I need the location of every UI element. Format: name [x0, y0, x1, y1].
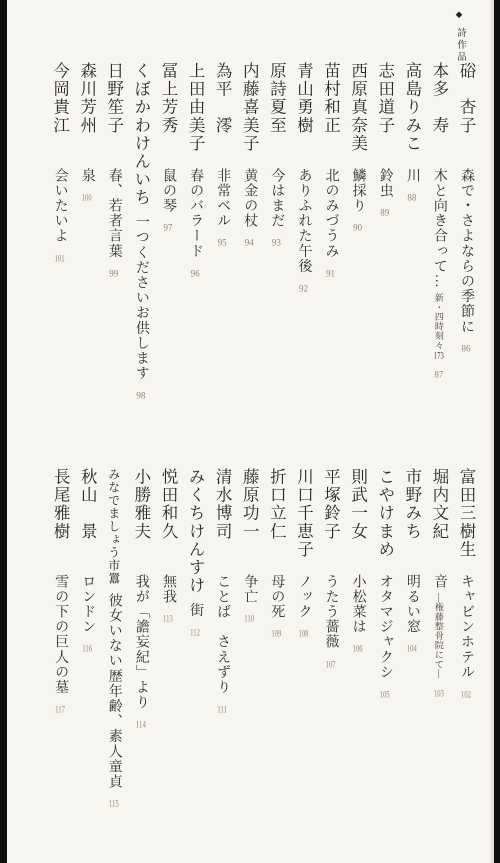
toc-entry: 藤原功一争亡110: [241, 468, 258, 820]
page-number: 105: [380, 690, 390, 699]
page-number: 108: [298, 629, 308, 638]
author-name: 森川芳州: [78, 62, 95, 160]
poem-subtitle: ―権藤整骨院にて―: [434, 593, 444, 679]
page-number: 107: [326, 660, 336, 669]
poem-title: 今はまだ: [269, 168, 284, 228]
author-name: 川口千恵子: [295, 468, 312, 566]
toc-entry: 悦田和久無我113: [159, 468, 176, 820]
poem-title: オタマジャクシ: [378, 574, 393, 680]
poem-title: うたう薔薇: [324, 574, 339, 650]
toc-section-poems-1: 硲 杏子森で・さよならの季節に86本多 寿木と向き合って…新・四時刻々17387…: [14, 62, 474, 410]
page-number: 98: [136, 391, 146, 400]
toc-entry: 内藤喜美子黄金の杖94: [241, 62, 258, 410]
book-toc-page: ◆詩作品 硲 杏子森で・さよならの季節に86本多 寿木と向き合って…新・四時刻々…: [0, 0, 500, 863]
author-name: 本多 寿: [430, 62, 447, 160]
author-name: 西原真奈美: [349, 62, 366, 160]
poem-title: 我が「譫妄紀」より: [134, 574, 149, 710]
page-number: 86: [461, 344, 471, 353]
page-number: 106: [353, 644, 363, 653]
page-number: 113: [163, 614, 173, 623]
toc-entry: 折口立仁母の死109: [268, 468, 285, 820]
toc-section-poems-2: 富田三樹生キャビンホテル102堀内文紀音―権藤整骨院にて―103市野みち明るい窓…: [14, 468, 474, 820]
poem-subtitle: 新・四時刻々: [434, 293, 444, 350]
author-name: 悦田和久: [159, 468, 176, 566]
page-edge-right: [494, 0, 500, 863]
toc-entry: 原詩夏至今はまだ93: [268, 62, 285, 410]
author-name: 清水博司: [214, 468, 231, 566]
poem-title: 非常ベル: [215, 168, 230, 228]
toc-entry: 則武一女小松菜は106: [349, 468, 366, 820]
author-name: 硲 杏子: [458, 62, 475, 160]
toc-entry: 秋山 景ロンドン116: [79, 468, 96, 820]
toc-entry: くぼかわけんいち一つくださいお供します98: [132, 62, 149, 410]
author-name: みくちけんすけ: [187, 468, 204, 595]
page-number: 96: [190, 269, 200, 278]
section-header: ◆詩作品: [453, 10, 467, 64]
page-number: 117: [55, 705, 65, 714]
page-edge-shadow: [489, 0, 494, 863]
poem-title: 木と向き合って…: [432, 168, 447, 289]
toc-entry: 為平 澪非常ベル95: [214, 62, 231, 410]
toc-entry: 長尾雅樹雪の下の巨人の墓117: [52, 468, 69, 820]
poem-title: 彼女いない歴年齢、素人童貞: [107, 593, 122, 789]
poem-title: 鈴虫: [378, 168, 393, 198]
page-number: 90: [353, 223, 363, 232]
author-name: 小勝雅夫: [132, 468, 149, 566]
poem-title: キャビンホテル: [459, 574, 474, 680]
page-number: 101: [55, 254, 65, 263]
toc-entry: 富田三樹生キャビンホテル102: [458, 468, 475, 820]
author-name: 折口立仁: [268, 468, 285, 566]
toc-entry: 森川芳州泉100: [78, 62, 95, 410]
poem-title: 泉: [80, 168, 95, 183]
toc-entry: 志田道子鈴虫89: [376, 62, 393, 410]
page-number: 88: [407, 193, 417, 202]
poem-title: 無我: [161, 574, 176, 604]
poem-title: 一つくださいお供します: [134, 215, 149, 381]
poem-title: 母の死: [269, 574, 284, 619]
poem-title: ことば さえずり: [215, 574, 230, 695]
author-name: 苗村和正: [322, 62, 339, 160]
poem-title: ノック: [296, 574, 311, 619]
author-name: 平塚鈴子: [322, 468, 339, 566]
page-number: 92: [298, 284, 308, 293]
poem-title: 争亡: [242, 574, 257, 604]
page-number: 95: [217, 238, 227, 247]
toc-entry: 苗村和正北のみづうみ91: [322, 62, 339, 410]
author-name: くぼかわけんいち: [132, 62, 149, 207]
toc-entry: 清水博司ことば さえずり111: [214, 468, 231, 820]
toc-entry: 小勝雅夫我が「譫妄紀」より114: [132, 468, 149, 820]
toc-entry: 冨上芳秀鼠の琴97: [159, 62, 176, 410]
page-number: 114: [136, 720, 146, 729]
toc-entry: 上田由美子春のバラード96: [187, 62, 204, 410]
toc-entry: 市野みち明るい窓104: [403, 468, 420, 820]
page-number: 87: [434, 370, 444, 379]
author-name: こやけまめ: [376, 468, 393, 566]
page-number: 99: [109, 269, 119, 278]
toc-entry: 日野笙子春、若者言葉99: [105, 62, 122, 410]
page-number: 111: [217, 705, 227, 714]
toc-entry: 堀内文紀音―権藤整骨院にて―103: [430, 468, 447, 820]
page-number: 100: [82, 193, 92, 202]
toc-entry: こやけまめオタマジャクシ105: [376, 468, 393, 820]
page-edge-left: [0, 0, 7, 863]
toc-entry: 平塚鈴子うたう薔薇107: [322, 468, 339, 820]
page-number: 104: [407, 644, 417, 653]
author-name: 今岡貴江: [51, 62, 68, 160]
poem-title: 春、若者言葉: [107, 168, 122, 259]
poem-title: ありふれた午後: [296, 168, 311, 274]
toc-entry: 西原真奈美鱗採り90: [349, 62, 366, 410]
author-name: 堀内文紀: [430, 468, 447, 566]
poem-title: 川: [405, 168, 420, 183]
author-name: 為平 澪: [214, 62, 231, 160]
page-number: 89: [380, 208, 390, 217]
page-number: 103: [434, 689, 444, 698]
page-number: 116: [82, 644, 92, 653]
author-name: 志田道子: [376, 62, 393, 160]
page-number: 112: [190, 628, 200, 637]
toc-entry: 青山勇樹ありふれた午後92: [295, 62, 312, 410]
poem-title: 明るい窓: [405, 574, 420, 634]
poem-title: 春のバラード: [188, 168, 203, 259]
author-name: 市野みち: [403, 468, 420, 566]
page-number: 91: [326, 269, 336, 278]
page-number: 102: [461, 690, 471, 699]
author-name: 上田由美子: [187, 62, 204, 160]
author-name: 冨上芳秀: [159, 62, 176, 160]
poem-title: 雪の下の巨人の墓: [53, 574, 68, 695]
poem-subtitle-number: 173: [434, 351, 444, 360]
poem-title: ロンドン: [80, 574, 95, 634]
author-name: 高島りみこ: [403, 62, 420, 160]
author-name: 藤原功一: [241, 468, 258, 566]
toc-entry: 今岡貴江会いたいよ101: [51, 62, 68, 410]
poem-title: 森で・さよならの季節に: [459, 168, 474, 334]
toc-entry: 川口千恵子ノック108: [295, 468, 312, 820]
author-name: 富田三樹生: [458, 468, 475, 566]
poem-title: 小松菜は: [351, 574, 366, 634]
author-name: 長尾雅樹: [52, 468, 69, 566]
author-name: 秋山 景: [79, 468, 96, 566]
toc-entry: 高島りみこ川88: [403, 62, 420, 410]
page-number: 93: [271, 238, 281, 247]
toc-entry: 本多 寿木と向き合って…新・四時刻々17387: [430, 62, 447, 410]
page-number: 94: [244, 238, 254, 247]
poem-title: 街: [188, 603, 203, 618]
page-number: 115: [109, 799, 119, 808]
author-name: 日野笙子: [105, 62, 122, 160]
author-name: 則武一女: [349, 468, 366, 566]
author-name: みなでましょう市囂: [108, 468, 120, 585]
page-number: 110: [244, 614, 254, 623]
poem-title: 鼠の琴: [161, 168, 176, 213]
poem-title: 鱗採り: [351, 168, 366, 213]
poem-title: 黄金の杖: [242, 168, 257, 228]
author-name: 内藤喜美子: [241, 62, 258, 160]
toc-entry: みなでましょう市囂彼女いない歴年齢、素人童貞115: [106, 468, 122, 820]
author-name: 青山勇樹: [295, 62, 312, 160]
section-header-label: 詩作品: [455, 28, 465, 64]
author-name: 原詩夏至: [268, 62, 285, 160]
diamond-icon: ◆: [455, 10, 465, 23]
poem-title: 音: [432, 574, 447, 589]
poem-title: 会いたいよ: [53, 168, 68, 244]
page-number: 109: [271, 629, 281, 638]
page-number: 97: [163, 223, 173, 232]
toc-entry: 硲 杏子森で・さよならの季節に86: [458, 62, 475, 410]
poem-title: 北のみづうみ: [324, 168, 339, 259]
toc-entry: みくちけんすけ街112: [187, 468, 204, 820]
